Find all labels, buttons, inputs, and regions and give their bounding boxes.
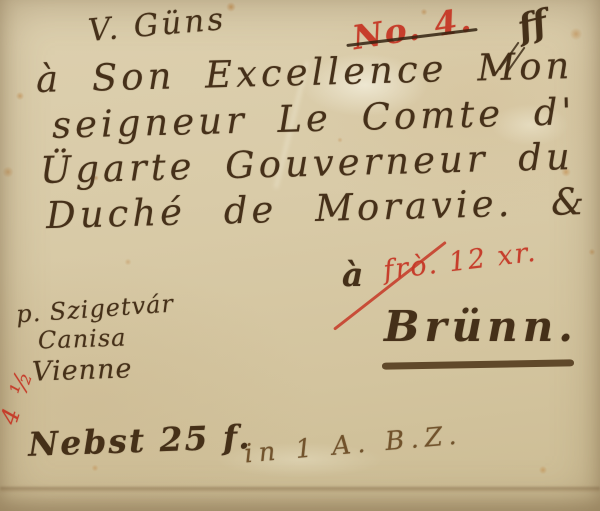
paper-fold-crease: [0, 487, 600, 492]
route-line-3: Vienne: [32, 355, 133, 385]
route-line-2: Canisa: [38, 325, 127, 352]
enclosure-note: Nebst 25 f.: [27, 420, 251, 461]
rate-prefix: à: [342, 258, 363, 291]
destination: Brünn.: [384, 306, 578, 348]
envelope-photo: V. Güns No. 4. ff à Son Excellence Mon s…: [0, 0, 600, 511]
